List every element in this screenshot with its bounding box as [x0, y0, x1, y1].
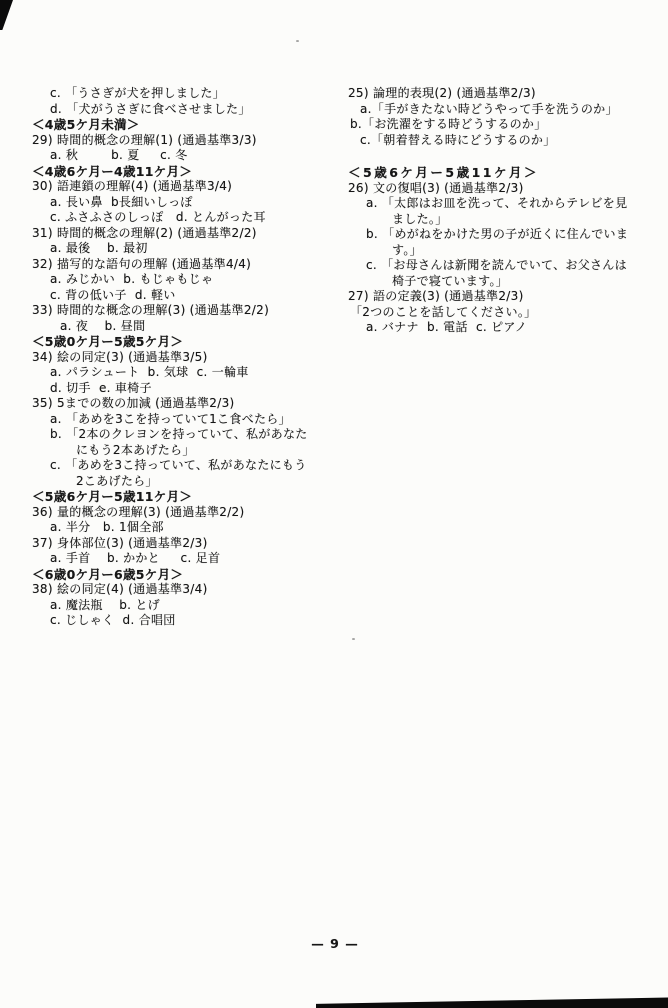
item-line: 30) 語連鎖の理解(4) (通過基準3/4)	[32, 179, 348, 195]
item-line: 29) 時間的概念の理解(1) (通過基準3/3)	[32, 133, 348, 149]
text-line: b.「お洗濯をする時どうするのか」	[348, 117, 648, 133]
text-line: d. 「犬がうさぎに食べさせました」	[32, 102, 348, 118]
text-line: a. 「太郎はお皿を洗って、それからテレビを見	[348, 196, 648, 212]
text-line: 2こあげたら」	[32, 474, 348, 490]
scan-speck	[352, 638, 355, 640]
scan-artifact-top-left-corner	[0, 0, 13, 30]
item-line: 31) 時間的概念の理解(2) (通過基準2/2)	[32, 226, 348, 242]
text-line: 「2つのことを話してください。」	[348, 305, 648, 321]
section-header: ＜4歳6ケ月ー4歳11ケ月＞	[32, 164, 348, 180]
text-line: c.「朝着替える時にどうするのか」	[348, 133, 648, 149]
text-line: c. 「お母さんは新聞を読んでいて、お父さんは	[348, 258, 648, 274]
item-line: 36) 量的概念の理解(3) (通過基準2/2)	[32, 505, 348, 521]
text-line: d. 切手 e. 車椅子	[32, 381, 348, 397]
text-line: a. 魔法瓶 b. とげ	[32, 598, 348, 614]
text-line: a. 半分 b. 1個全部	[32, 520, 348, 536]
text-line: a. 夜 b. 昼間	[32, 319, 348, 335]
item-line: 25) 論理的表現(2) (通過基準2/3)	[348, 86, 648, 102]
right-column: 25) 論理的表現(2) (通過基準2/3) a.「手がきたない時どうやって手を…	[348, 86, 648, 336]
scan-speck	[296, 40, 299, 42]
page-number: — 9 —	[290, 936, 380, 951]
text-line: c. ふさふさのしっぽ d. とんがった耳	[32, 210, 348, 226]
text-line: a. 最後 b. 最初	[32, 241, 348, 257]
item-line: 34) 絵の同定(3) (通過基準3/5)	[32, 350, 348, 366]
text-line: a. 長い鼻 b長細いしっぽ	[32, 195, 348, 211]
left-column: c. 「うさぎが犬を押しました」 d. 「犬がうさぎに食べさせました」 ＜4歳5…	[32, 86, 348, 629]
text-line: 椅子で寝ています。」	[348, 274, 648, 290]
item-line: 27) 語の定義(3) (通過基準2/3)	[348, 289, 648, 305]
text-line: c. じしゃく d. 合唱団	[32, 613, 348, 629]
item-line: 35) 5までの数の加減 (通過基準2/3)	[32, 396, 348, 412]
item-line: 26) 文の復唱(3) (通過基準2/3)	[348, 181, 648, 197]
section-header: ＜4歳5ケ月未満＞	[32, 117, 348, 133]
section-header: ＜5歳6ケ月ー5歳11ケ月＞	[348, 165, 648, 181]
text-line: a.「手がきたない時どうやって手を洗うのか」	[348, 102, 648, 118]
section-header: ＜5歳6ケ月ー5歳11ケ月＞	[32, 489, 348, 505]
text-line: c. 「うさぎが犬を押しました」	[32, 86, 348, 102]
text-line: b. 「2本のクレヨンを持っていて、私があなた	[32, 427, 348, 443]
scanned-document-page: c. 「うさぎが犬を押しました」 d. 「犬がうさぎに食べさせました」 ＜4歳5…	[0, 0, 668, 1008]
scan-artifact-bottom-bar	[316, 997, 668, 1008]
item-line: 37) 身体部位(3) (通過基準2/3)	[32, 536, 348, 552]
text-line: b. 「めがねをかけた男の子が近くに住んでいま	[348, 227, 648, 243]
section-header: ＜5歳0ケ月ー5歳5ケ月＞	[32, 334, 348, 350]
item-line: 38) 絵の同定(4) (通過基準3/4)	[32, 582, 348, 598]
text-line: a. みじかい b. もじゃもじゃ	[32, 272, 348, 288]
section-header: ＜6歳0ケ月ー6歳5ケ月＞	[32, 567, 348, 583]
text-line: c. 背の低い子 d. 軽い	[32, 288, 348, 304]
text-line: a. パラシュート b. 気球 c. 一輪車	[32, 365, 348, 381]
text-line: a. 秋 b. 夏 c. 冬	[32, 148, 348, 164]
item-line: 32) 描写的な語句の理解 (通過基準4/4)	[32, 257, 348, 273]
text-line: にもう2本あげたら」	[32, 443, 348, 459]
text-line: c. 「あめを3こ持っていて、私があなたにもう	[32, 458, 348, 474]
text-line: す。」	[348, 243, 648, 259]
item-line: 33) 時間的な概念の理解(3) (通過基準2/2)	[32, 303, 348, 319]
text-columns: c. 「うさぎが犬を押しました」 d. 「犬がうさぎに食べさせました」 ＜4歳5…	[32, 86, 648, 629]
text-line: a. 手首 b. かかと c. 足首	[32, 551, 348, 567]
text-line: a. 「あめを3こを持っていて1こ食べたら」	[32, 412, 348, 428]
text-line: ました。」	[348, 212, 648, 228]
text-line: a. バナナ b. 電話 c. ピアノ	[348, 320, 648, 336]
